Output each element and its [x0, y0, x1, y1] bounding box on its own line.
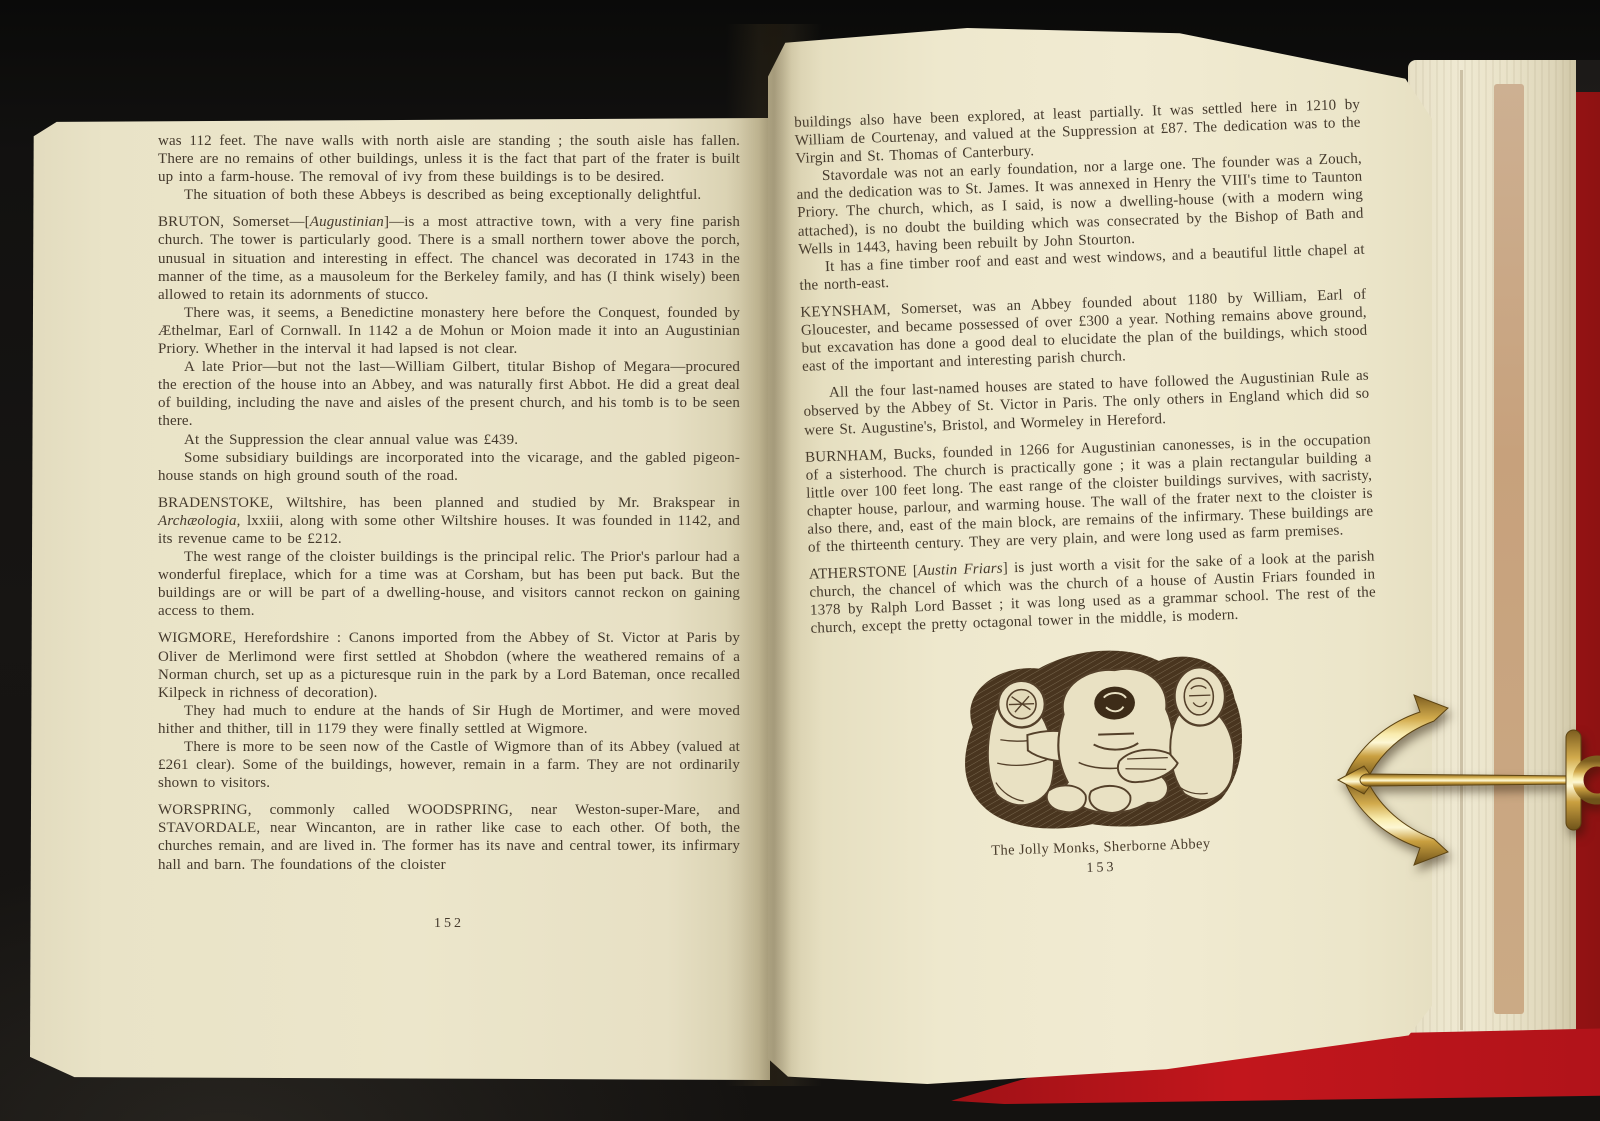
paragraph: There is more to be seen now of the Cast… — [158, 738, 740, 792]
paragraph: At the Suppression the clear annual valu… — [158, 431, 740, 449]
paragraph: The situation of both these Abbeys is de… — [158, 186, 740, 204]
left-page-number: 152 — [158, 916, 740, 932]
paragraph: BRUTON, Somerset—[Augustinian]—is a most… — [158, 213, 740, 303]
monks-sketch-icon — [929, 638, 1265, 841]
paragraph: WIGMORE, Herefordshire : Canons imported… — [158, 629, 740, 701]
left-page-text: was 112 feet. The nave walls with north … — [158, 132, 740, 874]
paragraph: They had much to endure at the hands of … — [158, 702, 740, 738]
open-book-photo: was 112 feet. The nave walls with north … — [0, 0, 1600, 1121]
anchor-icon — [1336, 688, 1600, 872]
paragraph: KEYNSHAM, Somerset, was an Abbey founded… — [800, 286, 1368, 377]
paragraph: There was, it seems, a Benedictine monas… — [158, 304, 740, 358]
right-page: buildings also have been explored, at le… — [768, 28, 1432, 1084]
paragraph: was 112 feet. The nave walls with north … — [158, 132, 740, 186]
right-page-text: buildings also have been explored, at le… — [794, 96, 1377, 639]
paragraph: BURNHAM, Bucks, founded in 1266 for Augu… — [805, 430, 1374, 557]
page-edge-line — [1460, 70, 1463, 1030]
paragraph: ATHERSTONE [Austin Friars] is just worth… — [809, 548, 1377, 639]
paragraph: Some subsidiary buildings are incorporat… — [158, 449, 740, 485]
anchor-clasp — [1336, 688, 1600, 872]
jolly-monks-illustration: The Jolly Monks, Sherborne Abbey — [811, 634, 1384, 865]
paper-insert-edge — [1494, 84, 1524, 1014]
paragraph: The west range of the cloister buildings… — [158, 548, 740, 620]
paragraph: All the four last-named houses are state… — [803, 367, 1370, 440]
left-page: was 112 feet. The nave walls with north … — [30, 118, 770, 1080]
paragraph: BRADENSTOKE, Wiltshire, has been planned… — [158, 494, 740, 548]
paragraph: WORSPRING, commonly called WOODSPRING, n… — [158, 801, 740, 873]
paragraph: A late Prior—but not the last—William Gi… — [158, 358, 740, 430]
fore-edge-page-stack — [1408, 60, 1576, 1050]
